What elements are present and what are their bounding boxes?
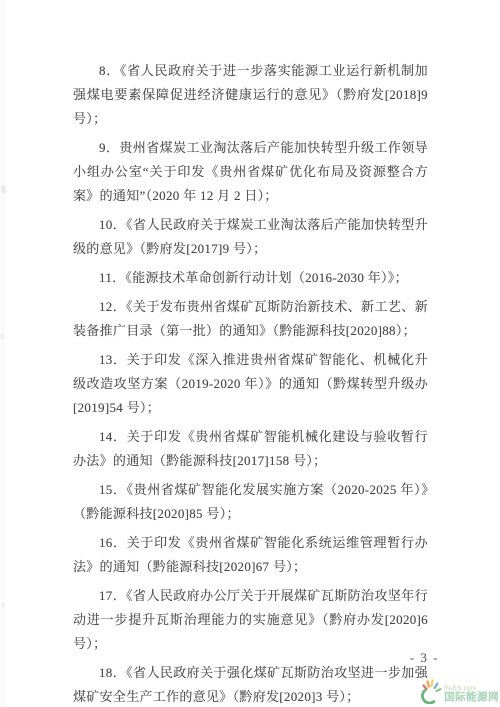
watermark-logo: IN-EN.com 国际能源网 [419,676,499,704]
list-item-14: 14．关于印发《贵州省煤矿智能机械化建设与验收暂行办法》的通知（黔能源科技[20… [73,425,428,473]
list-item-12: 12．《关于发布贵州省煤矿瓦斯防治新技术、新工艺、新装备推广目录（第一批）的通知… [73,295,428,343]
list-item-13: 13．关于印发《深入推进贵州省煤矿智能化、机械化升级改造攻坚方案（2019-20… [73,348,428,420]
list-item-18: 18．《省人民政府关于强化煤矿瓦斯防治攻坚进一步加强煤矿安全生产工作的意见》（黔… [73,661,428,707]
scan-edge-shade [0,0,6,707]
list-item-15: 15．《贵州省煤矿智能化发展实施方案（2020-2025 年）》（黔能源科技[2… [73,478,428,526]
watermark-site-text: IN-EN.com [444,686,499,692]
list-item-10: 10．《省人民政府关于煤炭工业淘汰落后产能加快转型升级的意见》（黔府发[2017… [73,213,428,261]
scan-speck [0,333,4,340]
page-number: - 3 - [410,650,439,666]
list-item-11: 11．《能源技术革命创新行动计划（2016-2030 年）》； [73,266,428,290]
list-item-9: 9．贵州省煤炭工业淘汰落后产能加快转型升级工作领导小组办公室“关于印发《贵州省煤… [73,136,428,208]
watermark-sun-icon [419,676,443,704]
document-body: 8．《省人民政府关于进一步落实能源工业运行新机制加强煤电要素保障促进经济健康运行… [73,59,428,707]
list-item-17: 17．《省人民政府办公厅关于开展煤矿瓦斯防治攻坚年行动进一步提升瓦斯治理能力的实… [73,584,428,656]
watermark-name-text: 国际能源网 [444,693,499,704]
list-item-8: 8．《省人民政府关于进一步落实能源工业运行新机制加强煤电要素保障促进经济健康运行… [73,59,428,131]
scan-speck [1,185,6,194]
watermark-text: IN-EN.com 国际能源网 [444,686,499,705]
document-page: 8．《省人民政府关于进一步落实能源工业运行新机制加强煤电要素保障促进经济健康运行… [0,0,500,707]
scan-speck [1,602,5,608]
list-item-16: 16．关于印发《贵州省煤矿智能化系统运维管理暂行办法》的通知（黔能源科技[202… [73,531,428,579]
